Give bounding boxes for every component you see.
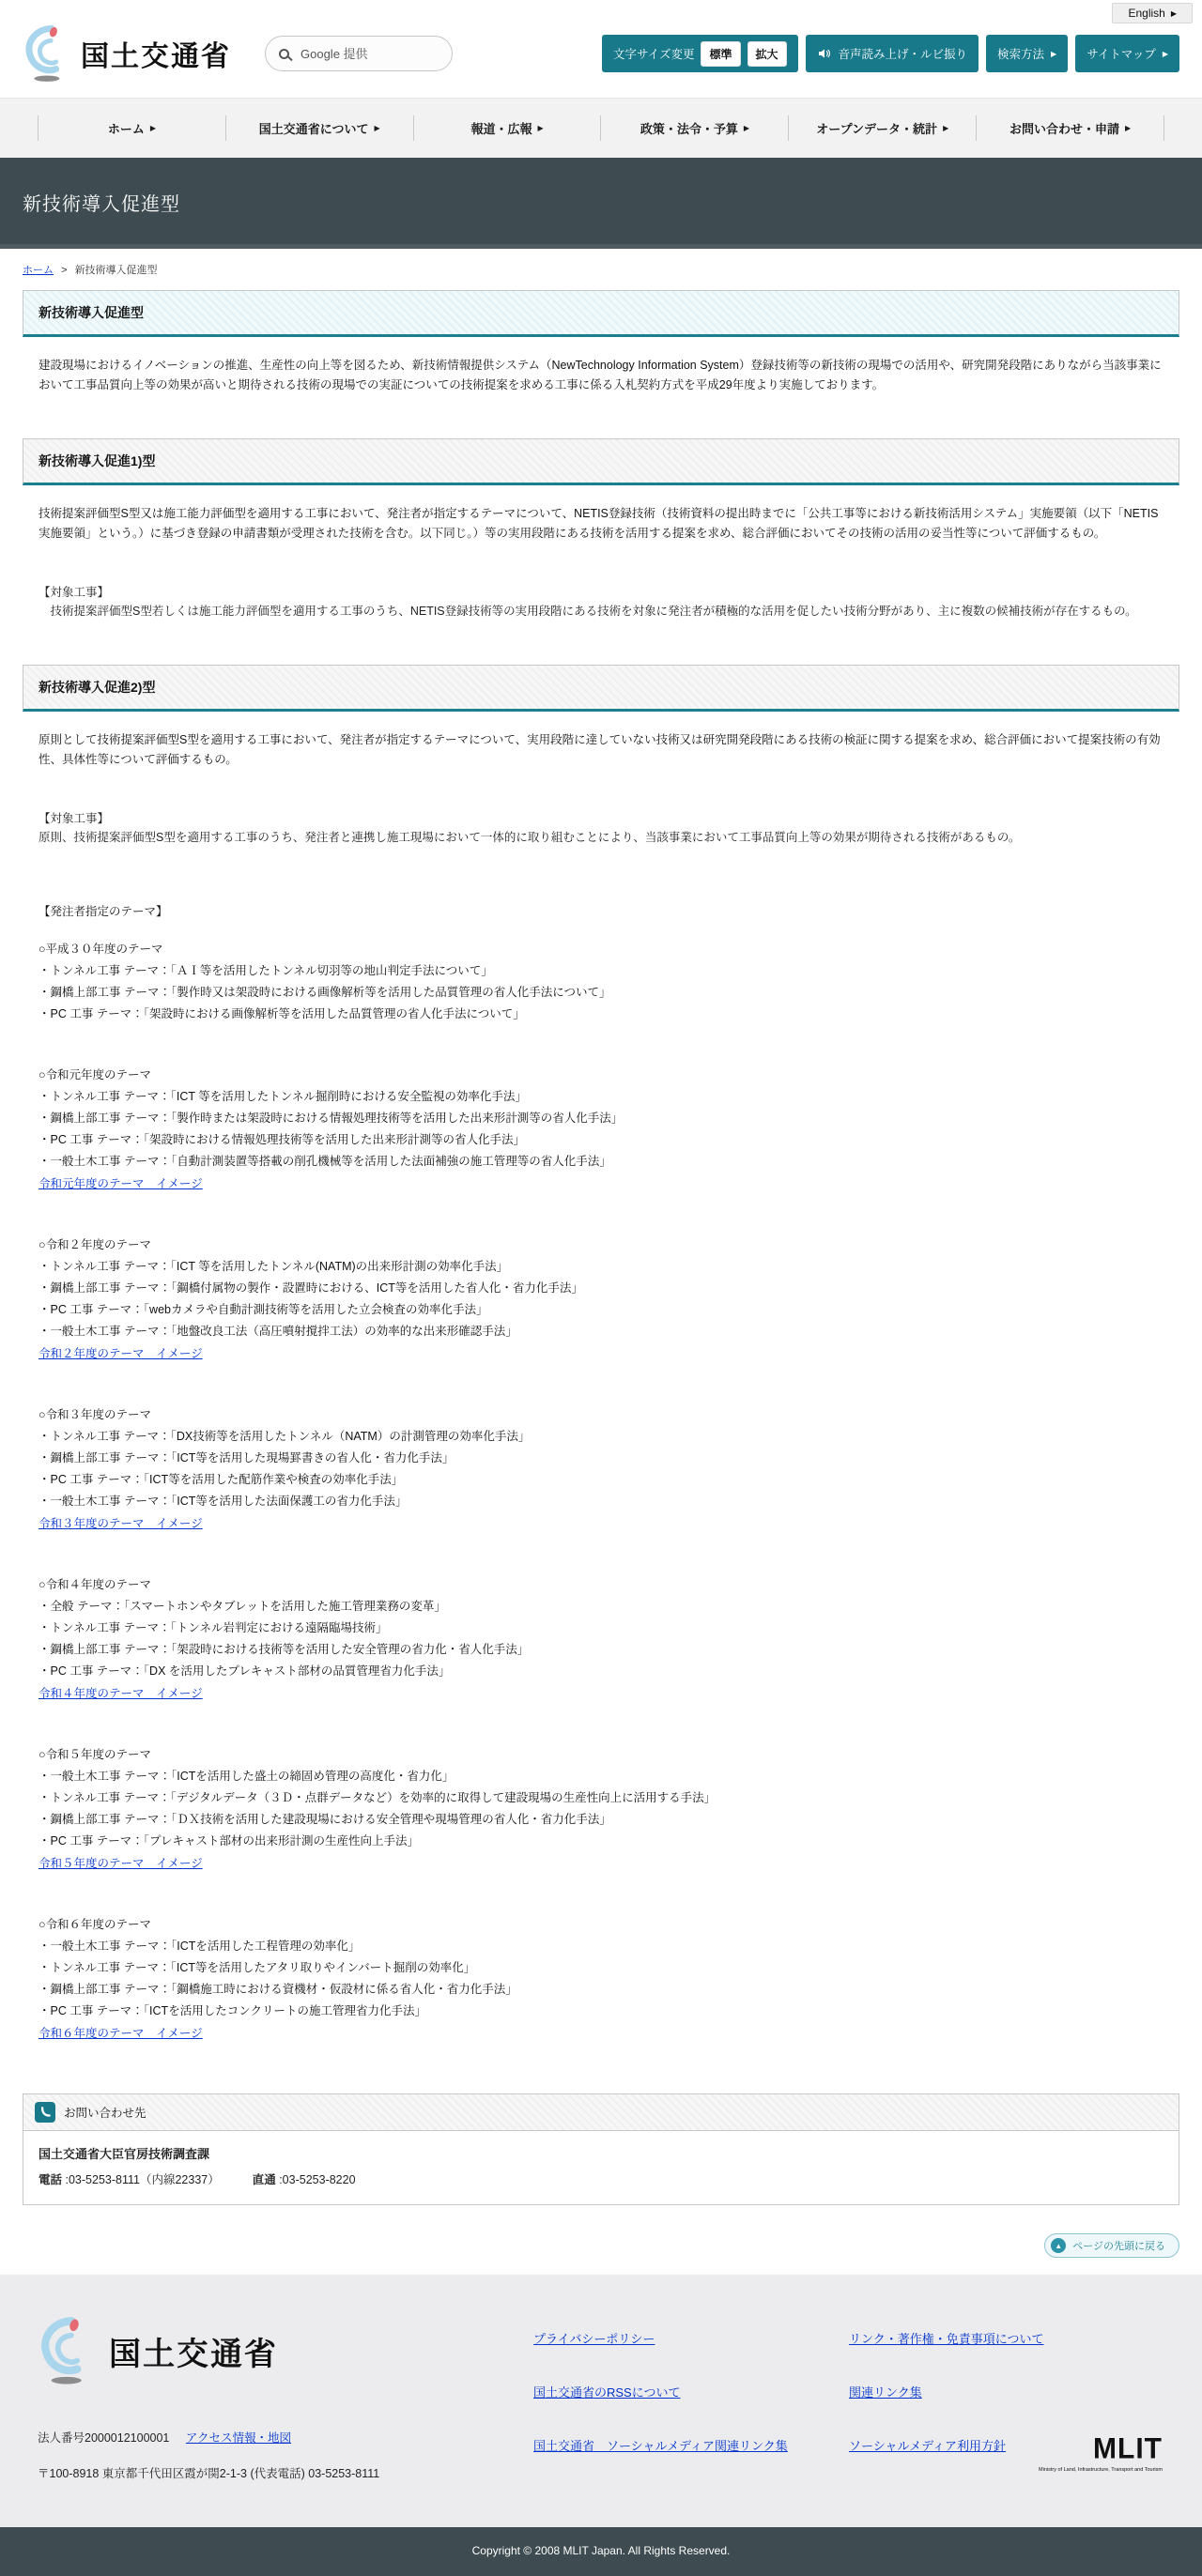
font-size-large-button[interactable]: 拡大: [747, 41, 787, 67]
theme-image-link-r6[interactable]: 令和６年度のテーマ イメージ: [39, 2023, 203, 2045]
mlit-logo-icon: [38, 2316, 98, 2385]
chevron-right-icon: ▶: [375, 124, 380, 132]
contact-organization: 国土交通省大臣官房技術調査課: [39, 2144, 1163, 2162]
nav-item-label: 政策・法令・予算: [640, 119, 738, 137]
back-to-top-button[interactable]: ▲ ページの先頭に戻る: [1044, 2233, 1179, 2258]
corporate-number-line: 法人番号2000012100001 アクセス情報・地図: [38, 2429, 533, 2446]
theme-item: ・PC 工事 テーマ：「プレキャスト部材の出来形計測の生産性向上手法」: [39, 1831, 1163, 1852]
audio-readout-button[interactable]: 音声読み上げ・ルビ振り: [806, 35, 979, 72]
page-banner: 新技術導入促進型: [0, 158, 1202, 249]
theme-group-r6: ○令和６年度のテーマ ・一般土木工事 テーマ：「ICTを活用した工程管理の効率化…: [39, 1914, 1163, 2045]
search-input[interactable]: [299, 46, 439, 62]
copyright-bar: Copyright © 2008 MLIT Japan. All Rights …: [0, 2527, 1202, 2576]
access-info-link[interactable]: アクセス情報・地図: [186, 2431, 291, 2445]
theme-year-heading: ○令和２年度のテーマ: [39, 1234, 1163, 1256]
theme-item: ・鋼橋上部工事 テーマ：「鋼橋施工時における資機材・仮設材に係る省人化・省力化手…: [39, 1979, 1163, 2001]
chevron-right-icon: ▶: [1051, 50, 1056, 58]
copyright-disclaimer-link[interactable]: リンク・著作権・免責事項について: [849, 2329, 1164, 2347]
theme-item: ・トンネル工事 テーマ：「ICT 等を活用したトンネル(NATM)の出来形計測の…: [39, 1256, 1163, 1278]
phone-label: 電話: [39, 2173, 62, 2186]
theme-item: ・PC 工事 テーマ：「DX を活用したプレキャスト部材の品質管理省力化手法」: [39, 1661, 1163, 1682]
nav-item-label: オープンデータ・統計: [816, 119, 937, 137]
theme-item: ・鋼橋上部工事 テーマ：「鋼橋付属物の製作・設置時における、ICT等を活用した省…: [39, 1278, 1163, 1299]
chevron-right-icon: ▶: [150, 124, 156, 132]
breadcrumb-current: 新技術導入促進型: [75, 265, 158, 276]
chevron-right-icon: ▶: [943, 124, 948, 132]
footer-links-col1: プライバシーポリシー 国土交通省のRSSについて 国土交通省 ソーシャルメディア…: [533, 2316, 849, 2490]
breadcrumb-separator: >: [61, 265, 67, 276]
type1-target-text: 技術提案評価型S型若しくは施工能力評価型を適用する工事のうち、NETIS登録技術…: [39, 602, 1163, 621]
font-size-standard-button[interactable]: 標準: [701, 41, 740, 67]
contact-box: お問い合わせ先 国土交通省大臣官房技術調査課 電話 :03-5253-8111（…: [23, 2093, 1179, 2205]
type2-target-text: 原則、技術提案評価型S型を適用する工事のうち、発注者と連携し施工現場において一体…: [39, 828, 1163, 848]
theme-item: ・トンネル工事 テーマ：「デジタルデータ（３Ｄ・点群データなど）を効率的に取得し…: [39, 1787, 1163, 1809]
footer-address: 〒100-8918 東京都千代田区霞が関2-1-3 (代表電話) 03-5253…: [38, 2464, 533, 2481]
nav-item-policy[interactable]: 政策・法令・予算 ▶: [600, 115, 788, 141]
speaker-icon: [817, 46, 832, 61]
direct-number: :03-5253-8220: [279, 2173, 355, 2186]
theme-group-h30: ○平成３０年度のテーマ ・トンネル工事 テーマ：「ＡＩ等を活用したトンネル切羽等…: [39, 939, 1163, 1025]
section-heading-intro: 新技術導入促進型: [23, 290, 1179, 337]
site-logo-text: 国土交通省: [81, 33, 231, 74]
corporate-number: 法人番号2000012100001: [38, 2431, 169, 2445]
intro-paragraph: 建設現場におけるイノベーションの推進、生産性の向上等を図るため、新技術情報提供シ…: [39, 356, 1163, 395]
footer-identity: 国土交通省 法人番号2000012100001 アクセス情報・地図 〒100-8…: [38, 2316, 533, 2490]
theme-item: ・PC 工事 テーマ：「ICTを活用したコンクリートの施工管理省力化手法」: [39, 2001, 1163, 2022]
sitemap-button[interactable]: サイトマップ ▶: [1075, 35, 1179, 72]
theme-year-heading: ○令和５年度のテーマ: [39, 1744, 1163, 1766]
theme-item: ・トンネル工事 テーマ：「トンネル岩判定における遠隔臨場技術」: [39, 1618, 1163, 1639]
designated-themes: 【発注者指定のテーマ】 ○平成３０年度のテーマ ・トンネル工事 テーマ：「ＡＩ等…: [39, 902, 1163, 2045]
type1-target-label: 【対象工事】: [39, 583, 1163, 600]
back-to-top-row: ▲ ページの先頭に戻る: [23, 2233, 1179, 2258]
theme-item: ・トンネル工事 テーマ：「ICT等を活用したアタリ取りやインバート掘削の効率化」: [39, 1957, 1163, 1979]
theme-year-heading: ○令和３年度のテーマ: [39, 1404, 1163, 1426]
contact-header: お問い合わせ先: [23, 2094, 1179, 2131]
breadcrumb-home-link[interactable]: ホーム: [23, 265, 54, 276]
contact-body: 国土交通省大臣官房技術調査課 電話 :03-5253-8111（内線22337）…: [23, 2131, 1179, 2204]
footer-logo[interactable]: 国土交通省: [38, 2316, 533, 2385]
search-method-button[interactable]: 検索方法 ▶: [986, 35, 1068, 72]
mlit-logo-icon: [23, 24, 73, 83]
theme-image-link-r1[interactable]: 令和元年度のテーマ イメージ: [39, 1173, 203, 1195]
direct-label: 直通: [253, 2173, 276, 2186]
theme-item: ・鋼橋上部工事 テーマ：「ICT等を活用した現場罫書きの省人化・省力化手法」: [39, 1448, 1163, 1469]
mlit-wordmark-text: MLIT: [1039, 2432, 1163, 2466]
theme-item: ・一般土木工事 テーマ：「地盤改良工法（高圧噴射撹拌工法）の効率的な出来形確認手…: [39, 1321, 1163, 1342]
chevron-right-icon: ▶: [1171, 9, 1177, 18]
nav-item-contact[interactable]: お問い合わせ・申請 ▶: [976, 115, 1164, 141]
theme-item: ・PC 工事 テーマ：「webカメラや自動計測技術等を活用した立会検査の効率化手…: [39, 1299, 1163, 1321]
main-content: 新技術導入促進型 建設現場におけるイノベーションの推進、生産性の向上等を図るため…: [0, 290, 1202, 2258]
theme-item: ・一般土木工事 テーマ：「自動計測装置等搭載の削孔機械等を活用した法面補強の施工…: [39, 1151, 1163, 1173]
contact-phone-line: 電話 :03-5253-8111（内線22337） 直通 :03-5253-82…: [39, 2170, 1163, 2187]
mlit-tagline: Ministry of Land, Infrastructure, Transp…: [1039, 2467, 1163, 2473]
theme-item: ・鋼橋上部工事 テーマ：「ＤＸ技術を活用した建設現場における安全管理や現場管理の…: [39, 1809, 1163, 1831]
nav-item-open-data[interactable]: オープンデータ・統計 ▶: [788, 115, 976, 141]
social-media-links-link[interactable]: 国土交通省 ソーシャルメディア関連リンク集: [533, 2436, 849, 2454]
nav-item-home[interactable]: ホーム ▶: [38, 115, 225, 141]
english-button[interactable]: English ▶: [1112, 3, 1193, 23]
footer-logo-text: 国土交通省: [109, 2328, 278, 2374]
back-to-top-label: ページの先頭に戻る: [1072, 2238, 1165, 2253]
theme-item: ・鋼橋上部工事 テーマ：「架設時における技術等を活用した安全管理の省力化・省人化…: [39, 1639, 1163, 1661]
site-footer: 国土交通省 法人番号2000012100001 アクセス情報・地図 〒100-8…: [0, 2275, 1202, 2527]
site-search[interactable]: [265, 36, 453, 71]
theme-item: ・一般土木工事 テーマ：「ICTを活用した盛土の締固め管理の高度化・省力化」: [39, 1766, 1163, 1787]
related-links-link[interactable]: 関連リンク集: [849, 2383, 1164, 2400]
theme-image-link-r3[interactable]: 令和３年度のテーマ イメージ: [39, 1513, 203, 1535]
theme-group-r3: ○令和３年度のテーマ ・トンネル工事 テーマ：「DX技術等を活用したトンネル（N…: [39, 1404, 1163, 1535]
nav-item-label: 国土交通省について: [259, 119, 369, 137]
breadcrumb: ホーム > 新技術導入促進型: [0, 249, 1202, 277]
theme-item: ・鋼橋上部工事 テーマ：「製作時または架設時における情報処理技術等を活用した出来…: [39, 1108, 1163, 1129]
theme-item: ・トンネル工事 テーマ：「ICT 等を活用したトンネル掘削時における安全監視の効…: [39, 1086, 1163, 1108]
theme-item: ・PC 工事 テーマ：「架設時における情報処理技術等を活用した出来形計測等の省人…: [39, 1129, 1163, 1151]
phone-icon: [35, 2102, 55, 2123]
site-header: English ▶ 国土交通省 文字サイズ変更 標準 拡大: [0, 0, 1202, 98]
audio-readout-label: 音声読み上げ・ルビ振り: [839, 45, 968, 62]
nav-item-label: 報道・広報: [470, 119, 532, 137]
theme-item: ・PC 工事 テーマ：「架設時における画像解析等を活用した品質管理の省人化手法に…: [39, 1004, 1163, 1025]
font-size-control: 文字サイズ変更 標準 拡大: [602, 35, 798, 72]
global-nav: ホーム ▶ 国土交通省について ▶ 報道・広報 ▶ 政策・法令・予算 ▶ オープ…: [0, 98, 1202, 158]
theme-year-heading: ○令和元年度のテーマ: [39, 1065, 1163, 1086]
type2-target-label: 【対象工事】: [39, 809, 1163, 826]
theme-item: ・全般 テーマ：「スマートホンやタブレットを活用した施工管理業務の変革」: [39, 1596, 1163, 1618]
rss-link[interactable]: 国土交通省のRSSについて: [533, 2383, 849, 2400]
theme-item: ・鋼橋上部工事 テーマ：「製作時又は架設時における画像解析等を活用した品質管理の…: [39, 982, 1163, 1004]
privacy-policy-link[interactable]: プライバシーポリシー: [533, 2329, 849, 2347]
theme-group-r5: ○令和５年度のテーマ ・一般土木工事 テーマ：「ICTを活用した盛土の締固め管理…: [39, 1744, 1163, 1875]
page-title: 新技術導入促進型: [23, 189, 1179, 216]
theme-group-r2: ○令和２年度のテーマ ・トンネル工事 テーマ：「ICT 等を活用したトンネル(N…: [39, 1234, 1163, 1365]
theme-group-r1: ○令和元年度のテーマ ・トンネル工事 テーマ：「ICT 等を活用したトンネル掘削…: [39, 1065, 1163, 1195]
themes-label: 【発注者指定のテーマ】: [39, 902, 1163, 919]
mlit-home-logo[interactable]: 国土交通省: [23, 24, 231, 83]
mlit-wordmark: MLIT Ministry of Land, Infrastructure, T…: [1039, 2433, 1163, 2473]
chevron-right-icon: ▶: [744, 124, 749, 132]
theme-image-link-r2[interactable]: 令和２年度のテーマ イメージ: [39, 1343, 203, 1365]
font-size-label: 文字サイズ変更: [613, 45, 695, 62]
theme-image-link-r4[interactable]: 令和４年度のテーマ イメージ: [39, 1683, 203, 1705]
theme-item: ・一般土木工事 テーマ：「ICT等を活用した法面保護工の省力化手法」: [39, 1491, 1163, 1512]
theme-item: ・PC 工事 テーマ：「ICT等を活用した配筋作業や検査の効率化手法」: [39, 1469, 1163, 1491]
nav-item-label: ホーム: [108, 119, 145, 137]
section-heading-type2: 新技術導入促進2)型: [23, 665, 1179, 712]
chevron-right-icon: ▶: [1163, 50, 1168, 58]
theme-item: ・一般土木工事 テーマ：「ICTを活用した工程管理の効率化」: [39, 1936, 1163, 1957]
sitemap-label: サイトマップ: [1086, 45, 1156, 62]
theme-image-link-r5[interactable]: 令和５年度のテーマ イメージ: [39, 1853, 203, 1875]
type2-paragraph: 原則として技術提案評価型S型を適用する工事において、発注者が指定するテーマについ…: [39, 730, 1163, 770]
contact-header-label: お問い合わせ先: [64, 2104, 146, 2121]
theme-year-heading: ○令和４年度のテーマ: [39, 1574, 1163, 1596]
chevron-right-icon: ▶: [538, 124, 544, 132]
theme-year-heading: ○令和６年度のテーマ: [39, 1914, 1163, 1936]
nav-item-label: お問い合わせ・申請: [1009, 119, 1119, 137]
section-heading-type1: 新技術導入促進1)型: [23, 438, 1179, 485]
theme-item: ・トンネル工事 テーマ：「ＡＩ等を活用したトンネル切羽等の地山判定手法について」: [39, 960, 1163, 982]
chevron-right-icon: ▶: [1125, 124, 1131, 132]
search-icon: [279, 49, 289, 59]
theme-item: ・トンネル工事 テーマ：「DX技術等を活用したトンネル（NATM）の計測管理の効…: [39, 1426, 1163, 1448]
theme-group-r4: ○令和４年度のテーマ ・全般 テーマ：「スマートホンやタブレットを活用した施工管…: [39, 1574, 1163, 1705]
nav-item-press[interactable]: 報道・広報 ▶: [413, 115, 601, 141]
phone-number: :03-5253-8111（内線22337）: [66, 2173, 220, 2186]
nav-item-about-mlit[interactable]: 国土交通省について ▶: [225, 115, 413, 141]
english-button-label: English: [1128, 7, 1164, 20]
type1-paragraph: 技術提案評価型S型又は施工能力評価型を適用する工事において、発注者が指定するテー…: [39, 504, 1163, 544]
up-arrow-icon: ▲: [1051, 2238, 1066, 2253]
search-method-label: 検索方法: [997, 45, 1044, 62]
theme-year-heading: ○平成３０年度のテーマ: [39, 939, 1163, 960]
